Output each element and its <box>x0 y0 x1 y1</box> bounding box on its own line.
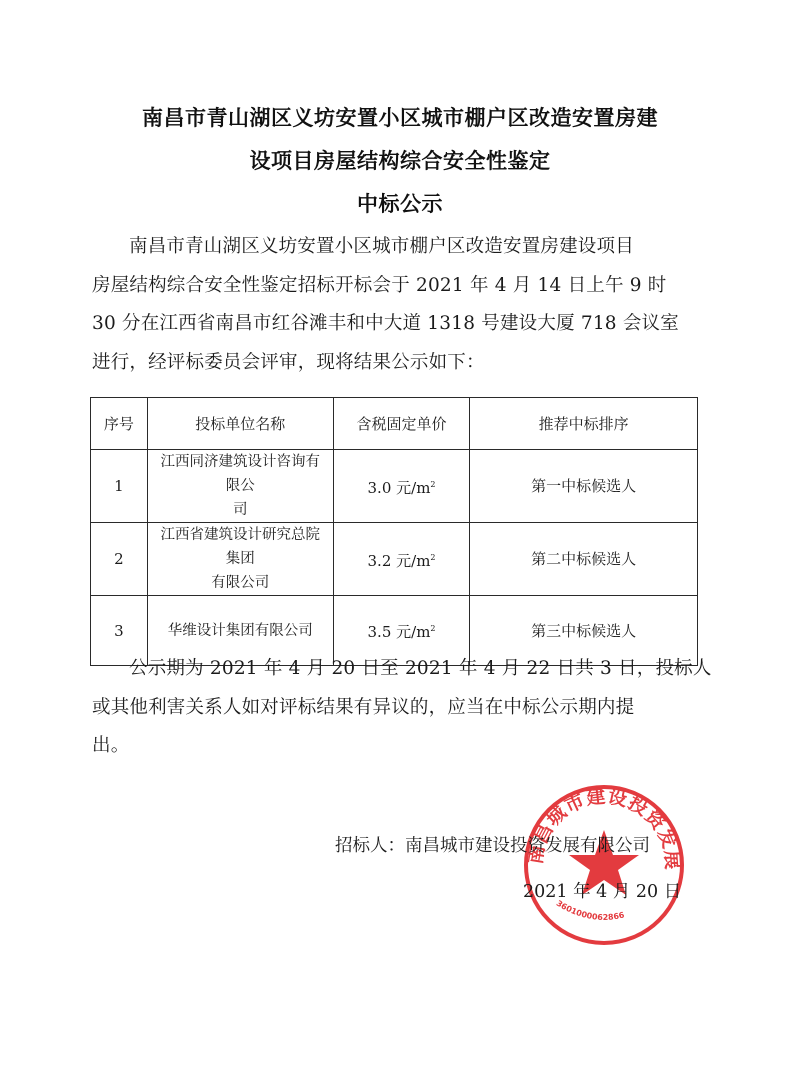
table-row: 1 江西同济建筑设计咨询有限公司 3.0 元/m2 第一中标候选人 <box>91 450 698 523</box>
intro-line: 30 分在江西省南昌市红谷滩丰和中大道 1318 号建设大厦 718 会议室 <box>92 305 712 344</box>
cell-price: 3.2 元/m2 <box>333 523 469 596</box>
price-value: 3.0 元/m <box>368 479 431 497</box>
intro-line: 房屋结构综合安全性鉴定招标开标会于 2021 年 4 月 14 日上午 9 时 <box>92 267 712 306</box>
header-price: 含税固定单价 <box>333 398 469 450</box>
company-line: 司 <box>233 502 248 518</box>
price-value: 3.5 元/m <box>368 623 431 641</box>
results-table: 序号 投标单位名称 含税固定单价 推荐中标排序 1 江西同济建筑设计咨询有限公司… <box>90 397 698 666</box>
notice-paragraph: 公示期为 2021 年 4 月 20 日至 2021 年 4 月 22 日共 3… <box>92 650 712 766</box>
title-line-3: 中标公示 <box>0 188 800 218</box>
cell-rank: 第二中标候选人 <box>470 523 698 596</box>
company-line: 江西省建筑设计研究总院集团 <box>161 527 321 567</box>
table-row: 2 江西省建筑设计研究总院集团有限公司 3.2 元/m2 第二中标候选人 <box>91 523 698 596</box>
notice-line: 或其他利害关系人如对评标结果有异议的，应当在中标公示期内提 <box>92 689 712 728</box>
unit-superscript: 2 <box>430 624 435 633</box>
unit-superscript: 2 <box>430 553 435 562</box>
price-value: 3.2 元/m <box>368 552 431 570</box>
company-line: 有限公司 <box>211 575 269 591</box>
cell-price: 3.0 元/m2 <box>333 450 469 523</box>
tenderer-signature: 招标人：南昌城市建设投资发展有限公司 <box>335 832 650 857</box>
title-line-1: 南昌市青山湖区义坊安置小区城市棚户区改造安置房建 <box>0 102 800 132</box>
notice-line: 公示期为 2021 年 4 月 20 日至 2021 年 4 月 22 日共 3… <box>92 650 712 689</box>
header-no: 序号 <box>91 398 148 450</box>
intro-paragraph: 南昌市青山湖区义坊安置小区城市棚户区改造安置房建设项目 房屋结构综合安全性鉴定招… <box>92 228 712 382</box>
unit-superscript: 2 <box>430 480 435 489</box>
header-rank: 推荐中标排序 <box>470 398 698 450</box>
cell-company: 江西省建筑设计研究总院集团有限公司 <box>147 523 333 596</box>
notice-line: 出。 <box>92 727 712 766</box>
intro-line: 进行，经评标委员会评审，现将结果公示如下： <box>92 344 712 383</box>
title-line-2: 设项目房屋结构综合安全性鉴定 <box>0 145 800 175</box>
cell-rank: 第一中标候选人 <box>470 450 698 523</box>
official-seal-icon: 南昌城市建设投资发展有限公司 3601000062866 <box>519 780 689 950</box>
intro-line: 南昌市青山湖区义坊安置小区城市棚户区改造安置房建设项目 <box>92 228 712 267</box>
signature-date: 2021 年 4 月 20 日 <box>523 878 681 903</box>
header-company: 投标单位名称 <box>147 398 333 450</box>
cell-no: 2 <box>91 523 148 596</box>
company-line: 江西同济建筑设计咨询有限公 <box>161 454 321 494</box>
cell-no: 1 <box>91 450 148 523</box>
cell-company: 江西同济建筑设计咨询有限公司 <box>147 450 333 523</box>
table-header-row: 序号 投标单位名称 含税固定单价 推荐中标排序 <box>91 398 698 450</box>
